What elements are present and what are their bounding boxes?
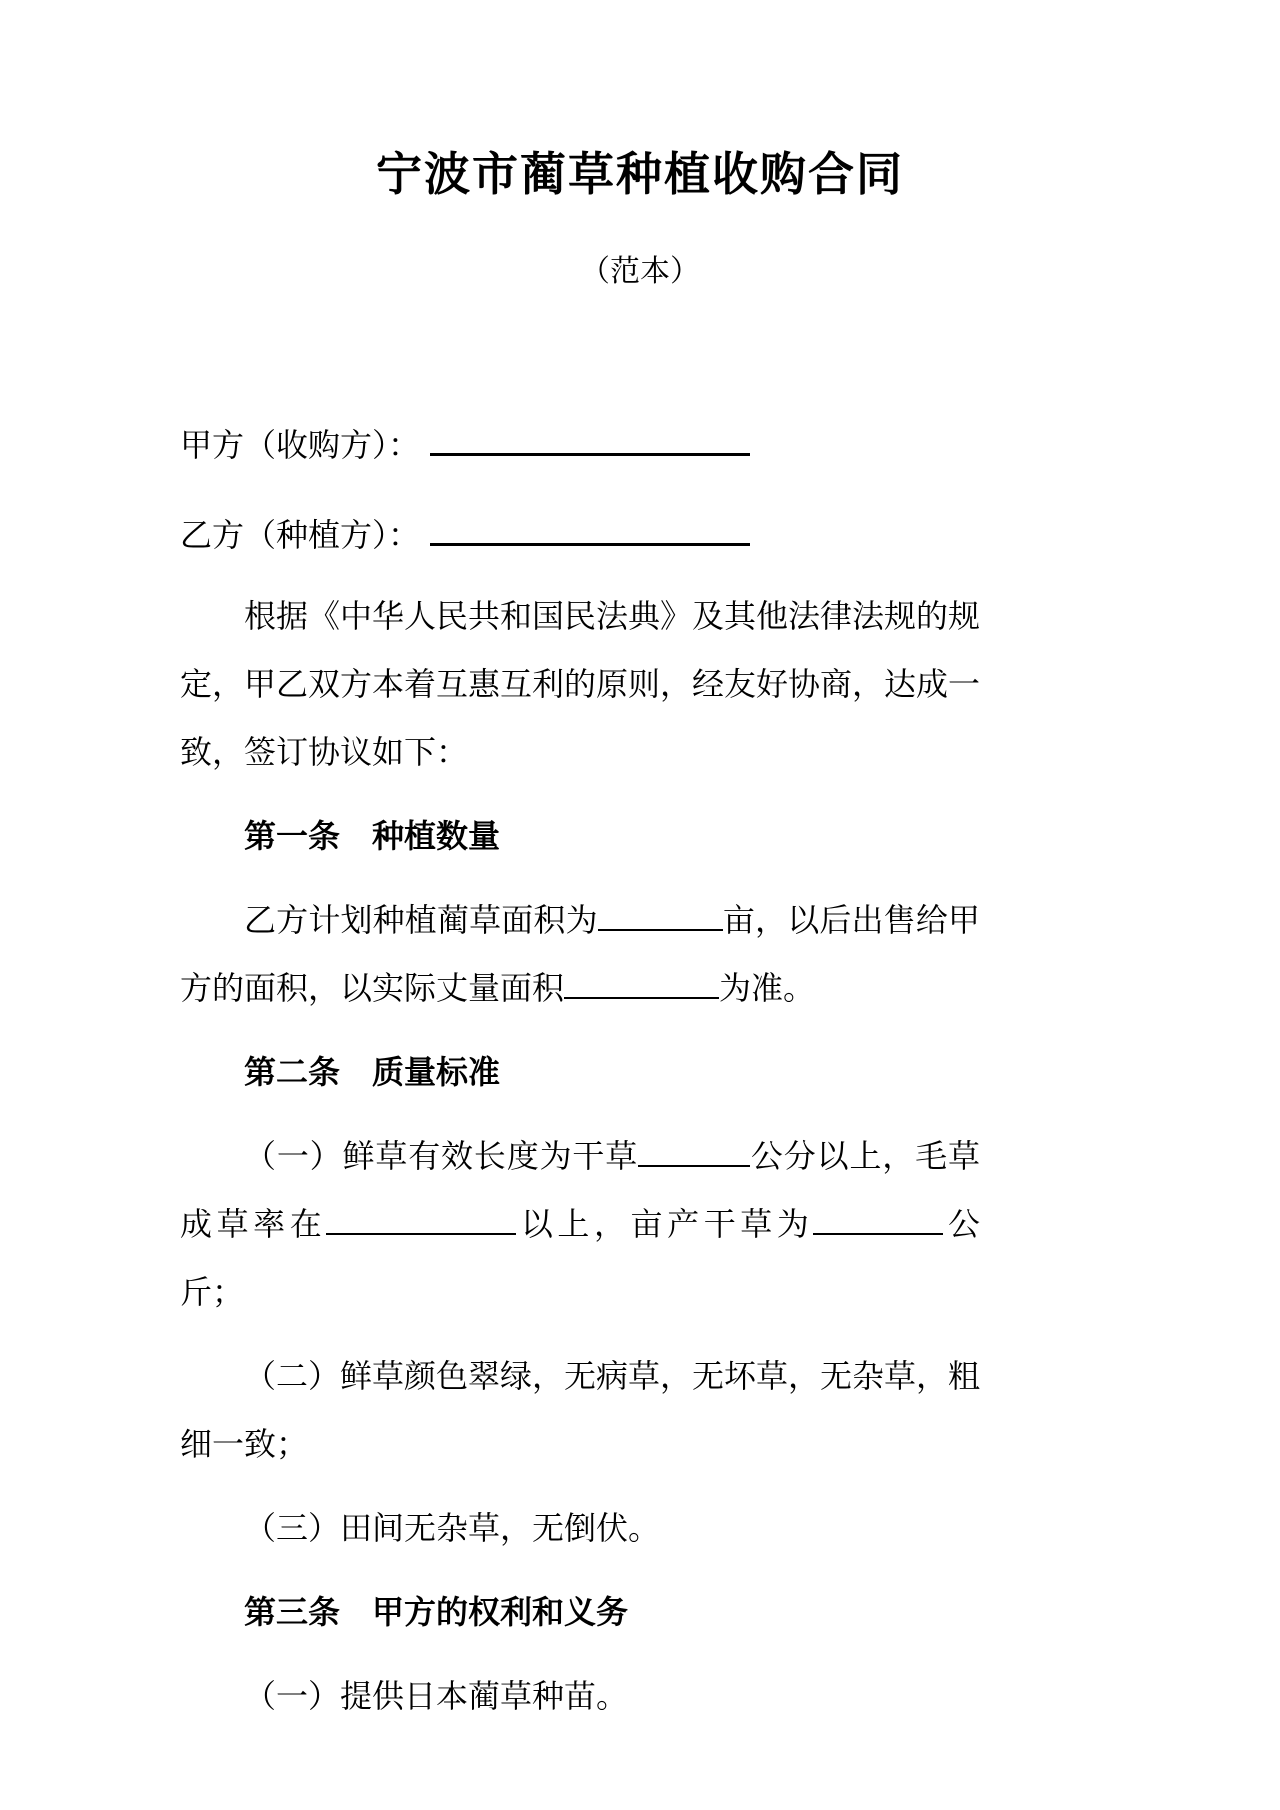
intro-paragraph: 根据《中华人民共和国民法典》及其他法律法规的规定，甲乙双方本着互惠互利的原则，经…: [180, 582, 980, 786]
text-run: 乙方计划种植蔺草面积为: [244, 901, 598, 939]
party-b-label: 乙方（种植方）：: [180, 516, 420, 554]
text-run: （二）鲜草颜色翠绿，无病草，无坏草，无杂草，粗细一致；: [180, 1357, 980, 1463]
clause-3-heading: 第三条 甲方的权利和义务: [180, 1578, 980, 1646]
party-b-blank-field[interactable]: [430, 511, 750, 546]
document-subtitle: （范本）: [0, 250, 1280, 294]
text-run: （一）鲜草有效长度为干草: [244, 1137, 638, 1175]
fill-in-blank[interactable]: [813, 1201, 943, 1235]
clause-1-paragraph-1: 乙方计划种植蔺草面积为亩，以后出售给甲方的面积，以实际丈量面积为准。: [180, 886, 980, 1022]
fill-in-blank[interactable]: [564, 965, 719, 999]
party-a-blank-field[interactable]: [430, 421, 750, 456]
clause-2-paragraph-1: （一）鲜草有效长度为干草公分以上，毛草成草率在以上，亩产干草为公斤；: [180, 1122, 980, 1326]
clause-1-heading: 第一条 种植数量: [180, 802, 980, 870]
clause-2-paragraph-3: （三）田间无杂草，无倒伏。: [180, 1494, 980, 1562]
clause-2-heading: 第二条 质量标准: [180, 1038, 980, 1106]
document-title: 宁波市蔺草种植收购合同: [0, 142, 1280, 206]
fill-in-blank[interactable]: [326, 1201, 516, 1235]
text-run: （一）提供日本蔺草种苗。: [244, 1677, 628, 1715]
text-run: 以上，亩产干草为: [516, 1205, 813, 1243]
clause-3-paragraph-1: （一）提供日本蔺草种苗。: [180, 1662, 980, 1730]
clause-2-paragraph-2: （二）鲜草颜色翠绿，无病草，无坏草，无杂草，粗细一致；: [180, 1342, 980, 1478]
text-run: （三）田间无杂草，无倒伏。: [244, 1509, 660, 1547]
contract-document-page: 宁波市蔺草种植收购合同 （范本） 甲方（收购方）： 乙方（种植方）： 根据《中华…: [0, 0, 1280, 1810]
document-body: 甲方（收购方）： 乙方（种植方）： 根据《中华人民共和国民法典》及其他法律法规的…: [180, 421, 980, 1730]
party-b-line: 乙方（种植方）：: [180, 511, 980, 557]
fill-in-blank[interactable]: [638, 1133, 750, 1167]
party-a-label: 甲方（收购方）：: [180, 426, 420, 464]
text-run: 为准。: [719, 969, 815, 1007]
party-a-line: 甲方（收购方）：: [180, 421, 980, 467]
fill-in-blank[interactable]: [598, 897, 723, 931]
